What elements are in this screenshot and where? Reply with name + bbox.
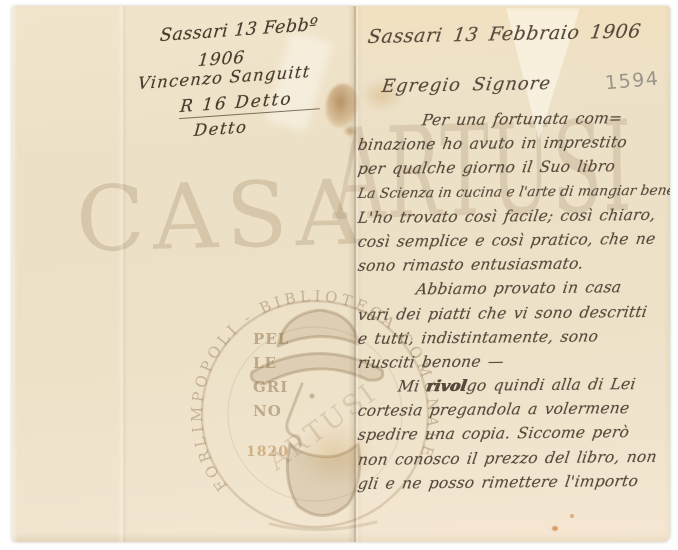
letter-body-line: gli e ne posso rimettere l'importo <box>350 468 670 496</box>
paper-speck <box>570 514 574 518</box>
date-line: Sassari 13 Febbraio 1906 <box>366 20 642 48</box>
hat-crown <box>278 310 358 346</box>
letter-body-line-with-correction: Mi rivolgo quindi alla di Lei <box>350 372 670 400</box>
stamp-inner-text: PEL LE GRI NO 1820 <box>246 330 289 460</box>
letter-body: Per una fortunata com= binazione ho avut… <box>352 109 670 496</box>
stamp-inner-line: GRI <box>253 378 288 396</box>
eye <box>310 394 315 399</box>
letter-body-line: vari dei piatti che vi sono descritti <box>350 299 670 327</box>
letter-body-line: non conosco il prezzo del libro, non <box>350 444 670 472</box>
scan-background: { "left_page": { "annotations": [ "Sassa… <box>0 0 678 550</box>
left-fold-crease <box>118 6 127 542</box>
letter-body-line: L'ho trovato così facile; così chiaro, <box>350 202 670 230</box>
archival-number-pencil: 1594 <box>604 68 660 95</box>
face-profile <box>287 384 302 446</box>
stamp-inner-line: LE <box>253 354 277 372</box>
letter-scan-paper: CASA ARTUSI ARTUSI FORLIMPOPOLI - BIBLIO… <box>12 6 670 542</box>
letter-body-line: e tutti, indistintamente, sono <box>350 323 670 351</box>
annotation-line: Detto <box>193 117 248 140</box>
letter-body-line: sono rimasto entusiasmato. <box>350 251 670 279</box>
paper-speck <box>552 526 558 531</box>
letter-body-line: Per una fortunata com= <box>350 106 670 134</box>
letter-body-line: La Scienza in cucina e l'arte di mangiar… <box>350 178 670 206</box>
correction-pre: Mi <box>397 377 428 395</box>
correction-post: go quindi alla di Lei <box>466 375 638 395</box>
letter-body-line: per qualche giorno il Suo libro <box>350 154 670 182</box>
stamp-inner-line: PEL <box>253 330 289 348</box>
letter-body-line: Abbiamo provato in casa <box>350 275 670 303</box>
overwritten-word: rivol <box>425 376 468 395</box>
letter-body-line: così semplice e così pratico, che ne <box>350 227 670 255</box>
letter-body-line: riusciti benone — <box>350 348 670 376</box>
letter-body-line: spedire una copia. Siccome però <box>350 420 670 448</box>
stamp-inner-line: NO <box>253 402 282 420</box>
stamp-year-text: 1820 <box>246 444 289 460</box>
salutation: Egregio Signore <box>381 73 553 97</box>
